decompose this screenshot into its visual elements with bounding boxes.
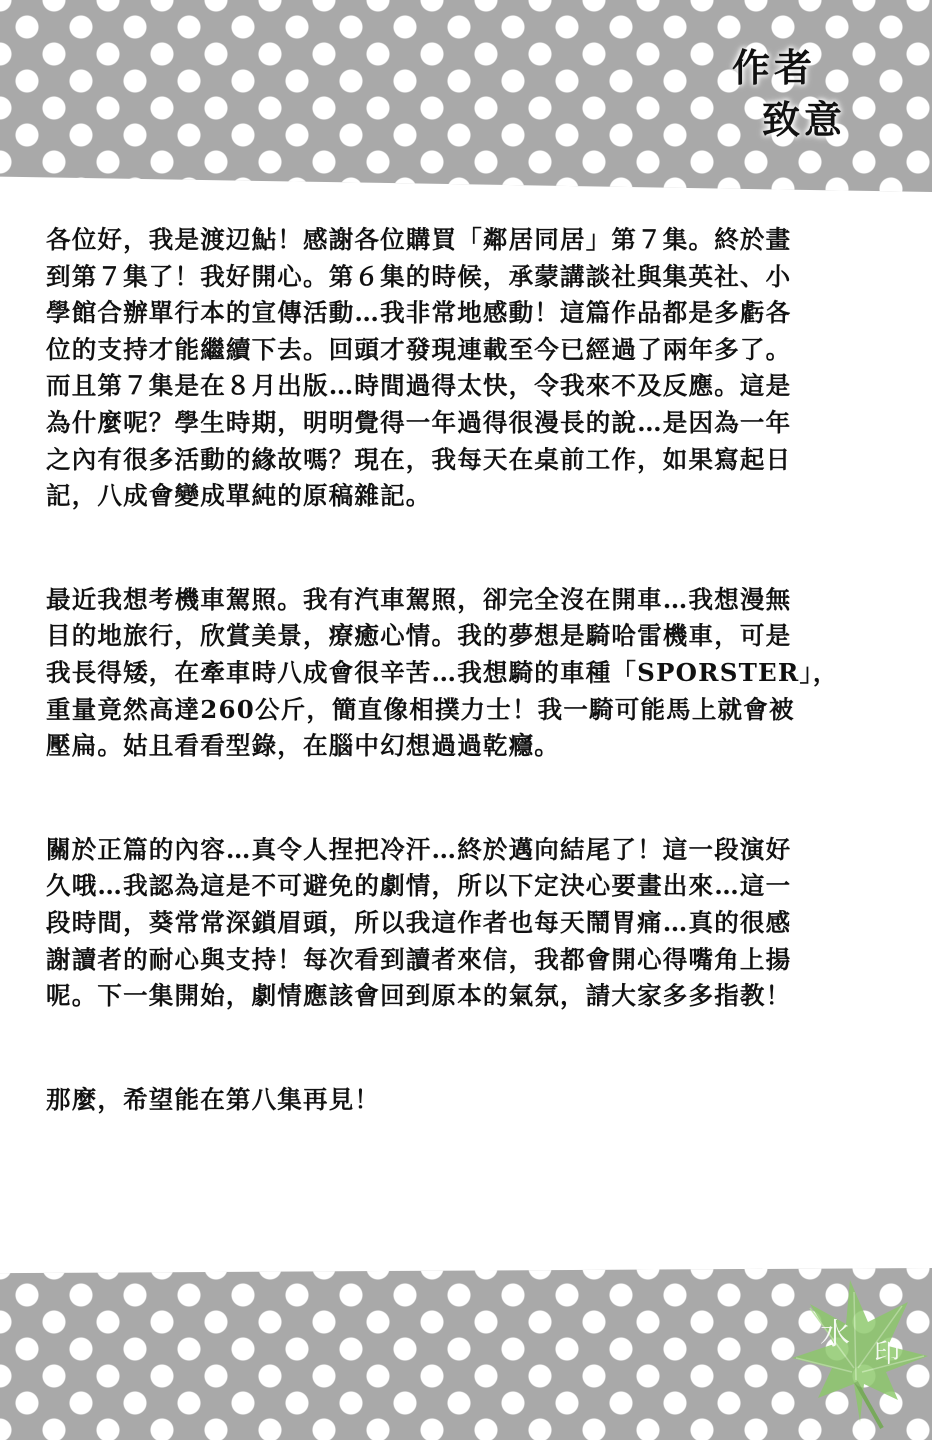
text-line: 到第７集了！我好開心。第６集的時候，承蒙講談社與集英社、小 (46, 259, 892, 296)
maple-leaf-icon: 水 印 (790, 1272, 930, 1432)
text-line: 我長得矮，在牽車時八成會很辛苦…我想騎的車種「SPORSTER」， (46, 655, 892, 692)
paragraph-4: 那麼，希望能在第八集再見！ (46, 1082, 892, 1119)
paragraph-1: 各位好，我是渡辺鮎！感謝各位購買「鄰居同居」第７集。終於畫 到第７集了！我好開心… (46, 222, 892, 515)
text-line: 之內有很多活動的緣故嗎？現在，我每天在桌前工作，如果寫起日 (46, 442, 892, 479)
text-line: 目的地旅行，欣賞美景，療癒心情。我的夢想是騎哈雷機車，可是 (46, 618, 892, 655)
paragraph-2: 最近我想考機車駕照。我有汽車駕照，卻完全沒在開車…我想漫無 目的地旅行，欣賞美景… (46, 582, 892, 765)
text-line: 謝讀者的耐心與支持！每次看到讀者來信，我都會開心得嘴角上揚 (46, 942, 892, 979)
watermark: 水 印 (790, 1272, 930, 1432)
text-line: 那麼，希望能在第八集再見！ (46, 1082, 892, 1119)
text-line: 最近我想考機車駕照。我有汽車駕照，卻完全沒在開車…我想漫無 (46, 582, 892, 619)
text-line: 為什麼呢？學生時期，明明覺得一年過得很漫長的說…是因為一年 (46, 405, 892, 442)
text-line: 記，八成會變成單純的原稿雜記。 (46, 478, 892, 515)
text-line: 段時間，葵常常深鎖眉頭，所以我這作者也每天鬧胃痛…真的很感 (46, 905, 892, 942)
text-line: 壓扁。姑且看看型錄，在腦中幻想過過乾癮。 (46, 728, 892, 765)
watermark-glyph-left: 水 (820, 1317, 850, 1352)
text-line: 各位好，我是渡辺鮎！感謝各位購買「鄰居同居」第７集。終於畫 (46, 222, 892, 259)
text-line: 而且第７集是在８月出版…時間過得太快，令我來不及反應。這是 (46, 368, 892, 405)
paragraph-3: 關於正篇的內容…真令人捏把冷汗…終於邁向結尾了！這一段演好 久哦…我認為這是不可… (46, 832, 892, 1015)
text-line: 位的支持才能繼續下去。回頭才發現連載至今已經過了兩年多了。 (46, 332, 892, 369)
text-line: 學館合辦單行本的宣傳活動…我非常地感動！這篇作品都是多虧各 (46, 295, 892, 332)
title-line-2: 致意 (732, 94, 846, 146)
watermark-glyph-right: 印 (874, 1339, 900, 1369)
text-line: 久哦…我認為這是不可避免的劇情，所以下定決心要畫出來…這一 (46, 868, 892, 905)
text-line: 重量竟然高達260公斤，簡直像相撲力士！我一騎可能馬上就會被 (46, 692, 892, 729)
text-line: 呢。下一集開始，劇情應該會回到原本的氣氛，請大家多多指教！ (46, 978, 892, 1015)
page-title: 作者 致意 (732, 42, 844, 146)
title-line-1: 作者 (732, 42, 816, 94)
afterword-body: 各位好，我是渡辺鮎！感謝各位購買「鄰居同居」第７集。終於畫 到第７集了！我好開心… (46, 222, 892, 1185)
text-line: 關於正篇的內容…真令人捏把冷汗…終於邁向結尾了！這一段演好 (46, 832, 892, 869)
